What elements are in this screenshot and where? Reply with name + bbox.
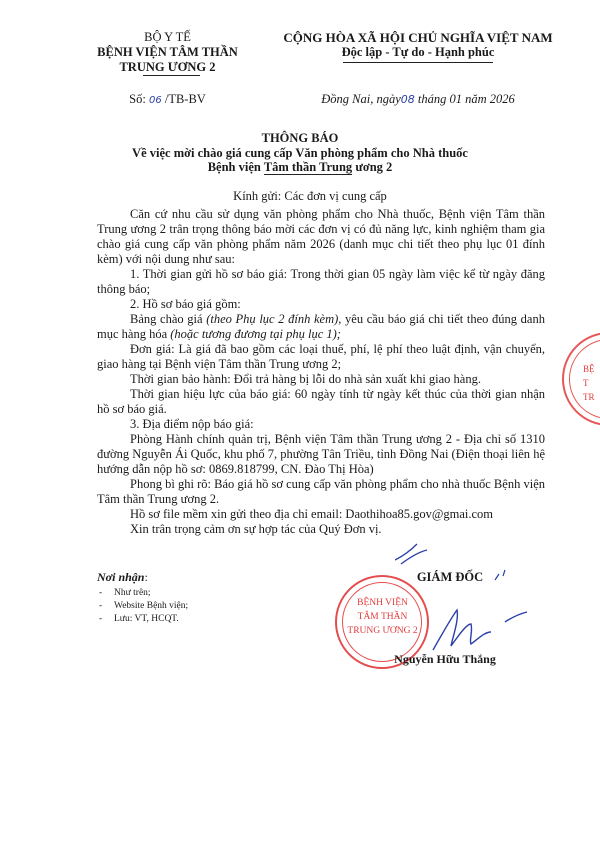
national-header: CỘNG HÒA XÃ HỘI CHỦ NGHĨA VIỆT NAM Độc l…	[268, 30, 568, 63]
recipient-item: Lưu: VT, HCQT.	[97, 613, 297, 626]
signer-name: Nguyễn Hữu Thắng	[380, 652, 510, 667]
edge-seal-line2: T	[583, 376, 600, 390]
document-number: Số: 06 /TB-BV	[80, 92, 255, 107]
item-2-quote-table: Bảng chào giá (theo Phụ lục 2 đính kèm),…	[97, 312, 545, 342]
ministry-name: BỘ Y TẾ	[80, 30, 255, 45]
intro-paragraph: Căn cứ nhu cầu sử dụng văn phòng phẩm ch…	[97, 207, 545, 267]
place-date: Đồng Nai, ngày08 tháng 01 năm 2026	[268, 92, 568, 107]
title-subject-line1: Về việc mời chào giá cung cấp Văn phòng …	[80, 146, 520, 161]
greeting: Kính gửi: Các đơn vị cung cấp	[80, 189, 540, 204]
recipients-title-colon: :	[144, 570, 147, 584]
item-1: 1. Thời gian gửi hồ sơ báo giá: Trong th…	[97, 267, 545, 297]
item-2: 2. Hồ sơ báo giá gồm:	[97, 297, 545, 312]
header-underline	[143, 75, 199, 76]
item-3-envelope: Phong bì ghi rõ: Báo giá hồ sơ cung cấp …	[97, 477, 545, 507]
item-2-warranty: Thời gian bảo hành: Đổi trả hàng bị lỗi …	[97, 372, 545, 387]
edge-seal-text: BỆ T TR	[583, 362, 600, 404]
issuing-organization: BỘ Y TẾ BỆNH VIỆN TÂM THẦN TRUNG ƯƠNG 2	[80, 30, 255, 75]
hospital-name-line1: BỆNH VIỆN TÂM THẦN	[80, 45, 255, 60]
recipient-item: Website Bệnh viện;	[97, 600, 297, 613]
place-date-prefix: Đồng Nai, ngày	[321, 92, 401, 106]
item-2-unit-price: Đơn giá: Là giá đã bao gồm các loại thuế…	[97, 342, 545, 372]
hospital-name-line2: TRUNG ƯƠNG 2	[119, 60, 215, 75]
edge-seal-line3: TR	[583, 390, 600, 404]
document-body: Căn cứ nhu cầu sử dụng văn phòng phẩm ch…	[97, 207, 545, 537]
recipients-list: Như trên; Website Bệnh viện; Lưu: VT, HC…	[97, 587, 297, 626]
doc-number-prefix: Số:	[129, 92, 146, 106]
subject-line2-pre: Bệnh viện	[208, 160, 264, 174]
item-2a-pre: Bảng chào giá	[130, 312, 206, 326]
recipient-item: Như trên;	[97, 587, 297, 600]
closing-line: Xin trân trọng cảm ơn sự hợp tác của Quý…	[97, 522, 545, 537]
handwritten-signature-icon	[395, 540, 535, 665]
motto-underline	[343, 62, 493, 63]
national-motto: Độc lập - Tự do - Hạnh phúc	[268, 45, 568, 60]
item-2a-italic2: (hoặc tương đương tại phụ lục 1);	[170, 327, 341, 341]
recipients-block: Nơi nhận: Như trên; Website Bệnh viện; L…	[97, 570, 297, 626]
recipients-title-text: Nơi nhận	[97, 570, 144, 584]
doc-number-handwritten: 06	[149, 95, 162, 106]
subject-line2-underlined: Tâm thần Trung	[264, 160, 352, 175]
edge-seal-line1: BỆ	[583, 362, 600, 376]
item-3: 3. Địa điểm nộp báo giá:	[97, 417, 545, 432]
item-2a-italic1: (theo Phụ lục 2 đính kèm)	[206, 312, 338, 326]
place-date-suffix: tháng 01 năm 2026	[418, 92, 515, 106]
item-3-address: Phòng Hành chính quản trị, Bệnh viện Tâm…	[97, 432, 545, 477]
item-2-validity: Thời gian hiệu lực của báo giá: 60 ngày …	[97, 387, 545, 417]
title-subject-line2: Bệnh viện Tâm thần Trung ương 2	[80, 160, 520, 175]
place-date-day-handwritten: 08	[401, 93, 415, 106]
item-3-email: Hồ sơ file mềm xin gửi theo địa chỉ emai…	[97, 507, 545, 522]
hospital-name-line2-text: TRUNG ƯƠNG 2	[119, 60, 215, 74]
document-title: THÔNG BÁO Về việc mời chào giá cung cấp …	[80, 131, 520, 175]
doc-number-suffix: /TB-BV	[165, 92, 206, 106]
title-heading: THÔNG BÁO	[80, 131, 520, 146]
recipients-title: Nơi nhận:	[97, 570, 297, 585]
country-name: CỘNG HÒA XÃ HỘI CHỦ NGHĨA VIỆT NAM	[268, 30, 568, 45]
subject-line2-post: ương 2	[352, 160, 392, 174]
